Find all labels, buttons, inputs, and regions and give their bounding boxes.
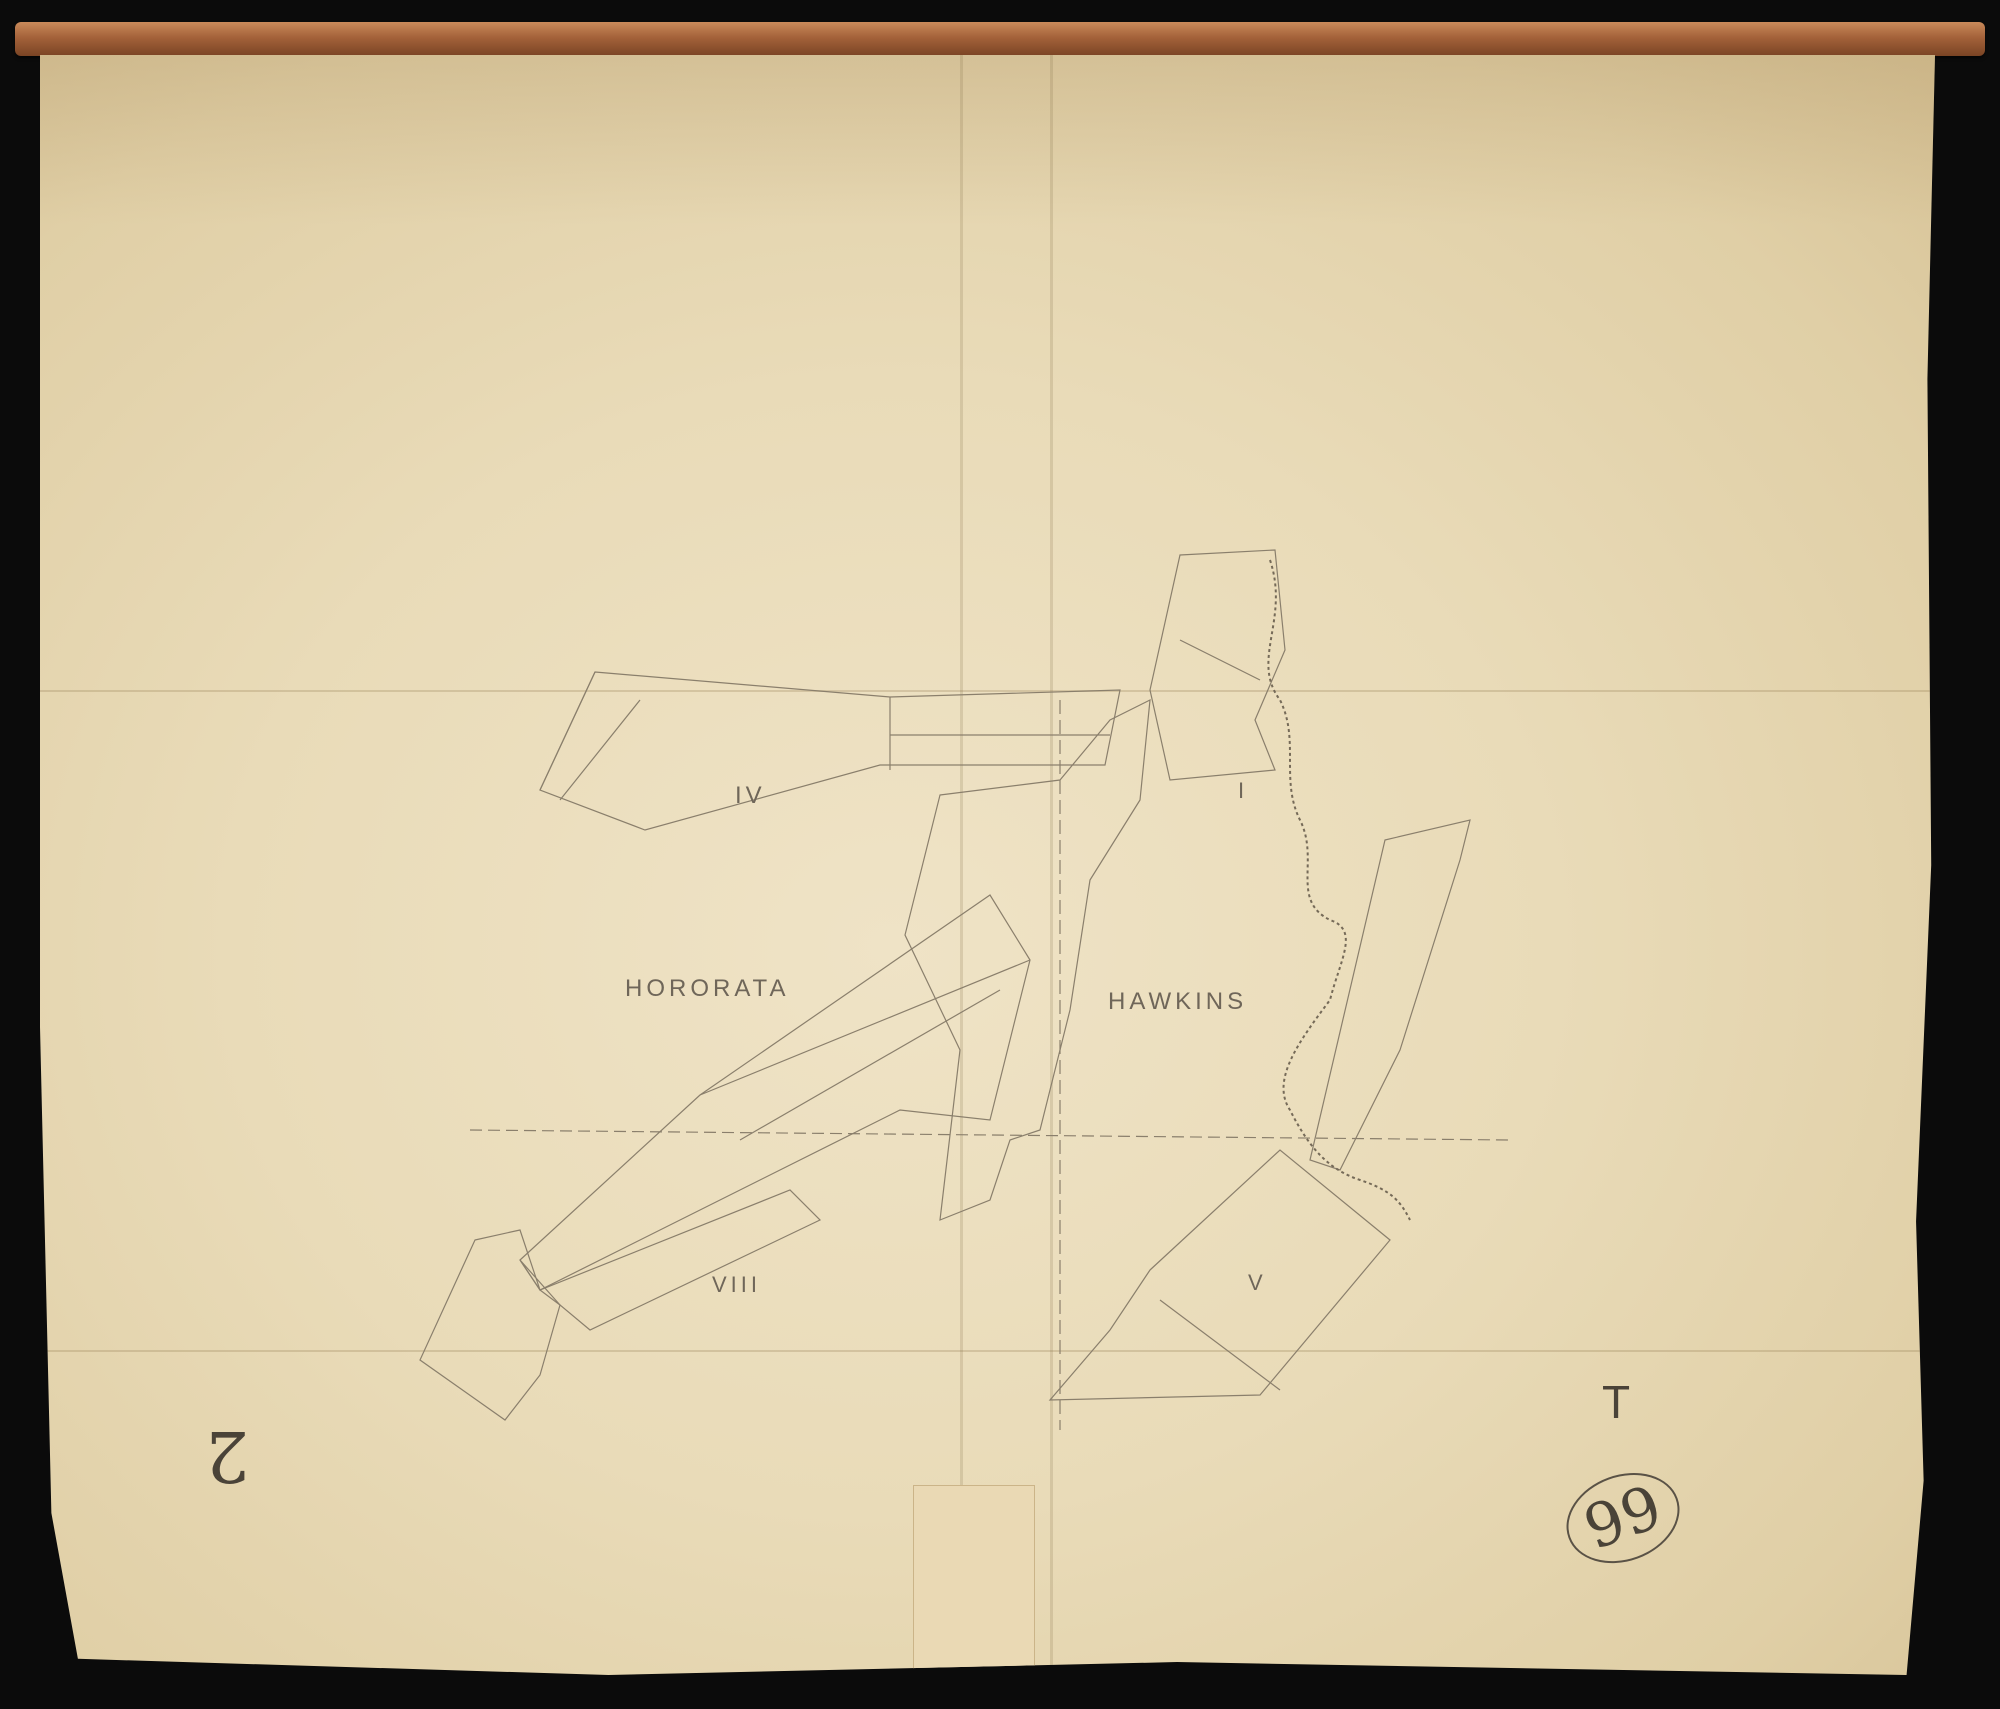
block-v-outline — [1050, 1150, 1390, 1400]
pencil-annotation: 2 — [205, 1415, 250, 1497]
river-boundary — [1268, 560, 1410, 1220]
block-iv-outline — [540, 672, 1120, 830]
district-label: HAWKINS — [1108, 988, 1247, 1016]
central-corridor — [905, 700, 1150, 1220]
block-label: I — [1238, 778, 1248, 804]
survey-baseline — [470, 1130, 1510, 1140]
survey-linework — [0, 0, 2000, 1709]
district-label: HORORATA — [625, 975, 789, 1003]
hawkins-north-outline — [1150, 550, 1285, 780]
block-label: V — [1248, 1270, 1267, 1296]
block-viii-strip — [520, 895, 1030, 1290]
block-label: VIII — [712, 1272, 761, 1298]
pencil-annotation: T — [1602, 1375, 1630, 1429]
east-strip — [1310, 820, 1470, 1170]
block-label: IV — [735, 782, 766, 810]
